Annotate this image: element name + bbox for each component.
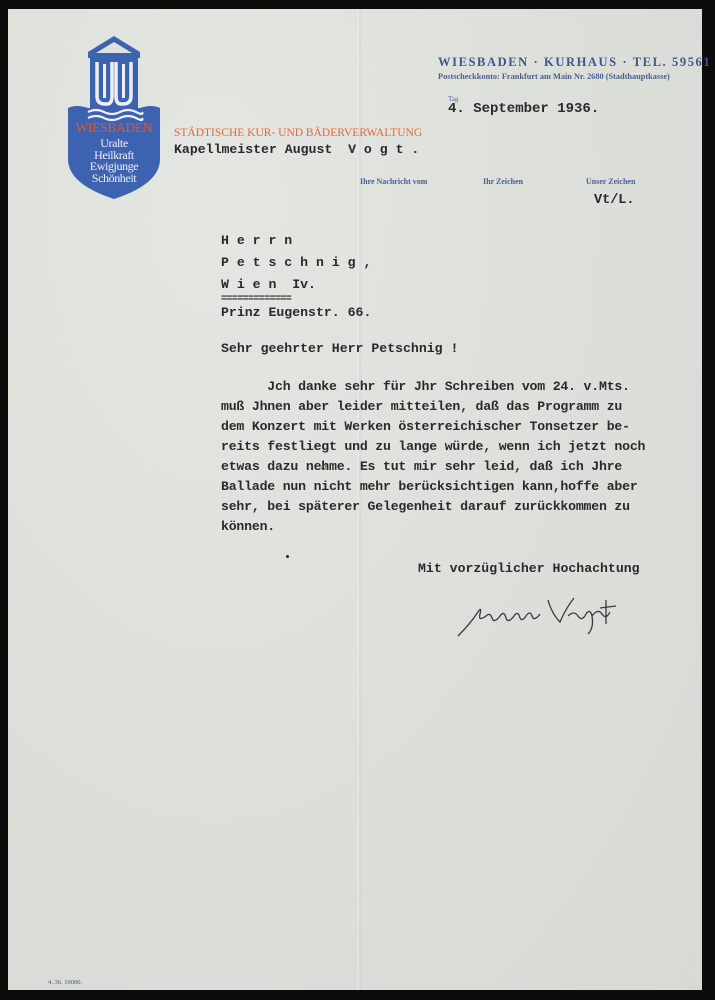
unser-zeichen-value: Vt/L. — [594, 193, 635, 208]
body-line: können. — [221, 519, 275, 534]
letterhead-postscheck: Postscheckkonto: Frankfurt am Main Nr. 2… — [438, 72, 670, 81]
recipient-name: P e t s c h n i g , — [221, 255, 371, 270]
letter-paper: WIESBADEN Uralte Heilkraft Ewigjunge Sch… — [8, 9, 702, 990]
body-line: etwas dazu nehme. Es tut mir sehr leid, … — [221, 459, 622, 474]
body-line: sehr, bei späterer Gelegenheit darauf zu… — [221, 499, 630, 514]
greeting: Sehr geehrter Herr Petschnig ! — [221, 341, 458, 356]
recipient-salutation: H e r r n — [221, 233, 292, 248]
logo-motto: Uralte Heilkraft Ewigjunge Schönheit — [66, 138, 162, 184]
unser-zeichen-label: Unser Zeichen — [586, 177, 635, 186]
sender-surname: V o g t . — [348, 142, 419, 157]
body-line: dem Konzert mit Werken österreichischer … — [221, 419, 630, 434]
signature — [456, 594, 626, 639]
closing: Mit vorzüglicher Hochachtung — [418, 561, 640, 576]
body-line: reits festliegt und zu lange würde, wenn… — [221, 439, 645, 454]
body-line: Ballade nun nicht mehr berücksichtigen k… — [221, 479, 638, 494]
letter-date: 4. September 1936. — [448, 101, 599, 117]
ihr-zeichen-label: Ihr Zeichen — [483, 177, 523, 186]
wiesbaden-coat-of-arms-logo: WIESBADEN Uralte Heilkraft Ewigjunge Sch… — [66, 34, 162, 200]
ink-dot — [286, 555, 289, 558]
recipient-city-underline: ============= — [221, 294, 291, 305]
sender-line: Kapellmeister August V o g t . — [174, 142, 419, 157]
signature-icon — [456, 594, 626, 639]
recipient-street: Prinz Eugenstr. 66. — [221, 305, 371, 320]
letterhead-department: STÄDTISCHE KUR- UND BÄDERVERWALTUNG — [174, 127, 422, 139]
letterhead-address: WIESBADEN · KURHAUS · TEL. 59561 — [438, 55, 711, 70]
body-line: muß Jhnen aber leider mitteilen, daß das… — [221, 399, 622, 414]
recipient-city: W i e n Iv. — [221, 277, 316, 292]
logo-motto-line: Schönheit — [66, 173, 162, 185]
print-code: 4. 36. 10000. — [48, 979, 82, 986]
handwritten-correction: a — [321, 461, 327, 473]
ihre-nachricht-label: Ihre Nachricht vom — [360, 177, 427, 186]
body-line: Jch danke sehr für Jhr Schreiben vom 24.… — [221, 379, 630, 394]
logo-city-name: WIESBADEN — [66, 120, 162, 136]
sender-name: Kapellmeister August — [174, 142, 332, 157]
